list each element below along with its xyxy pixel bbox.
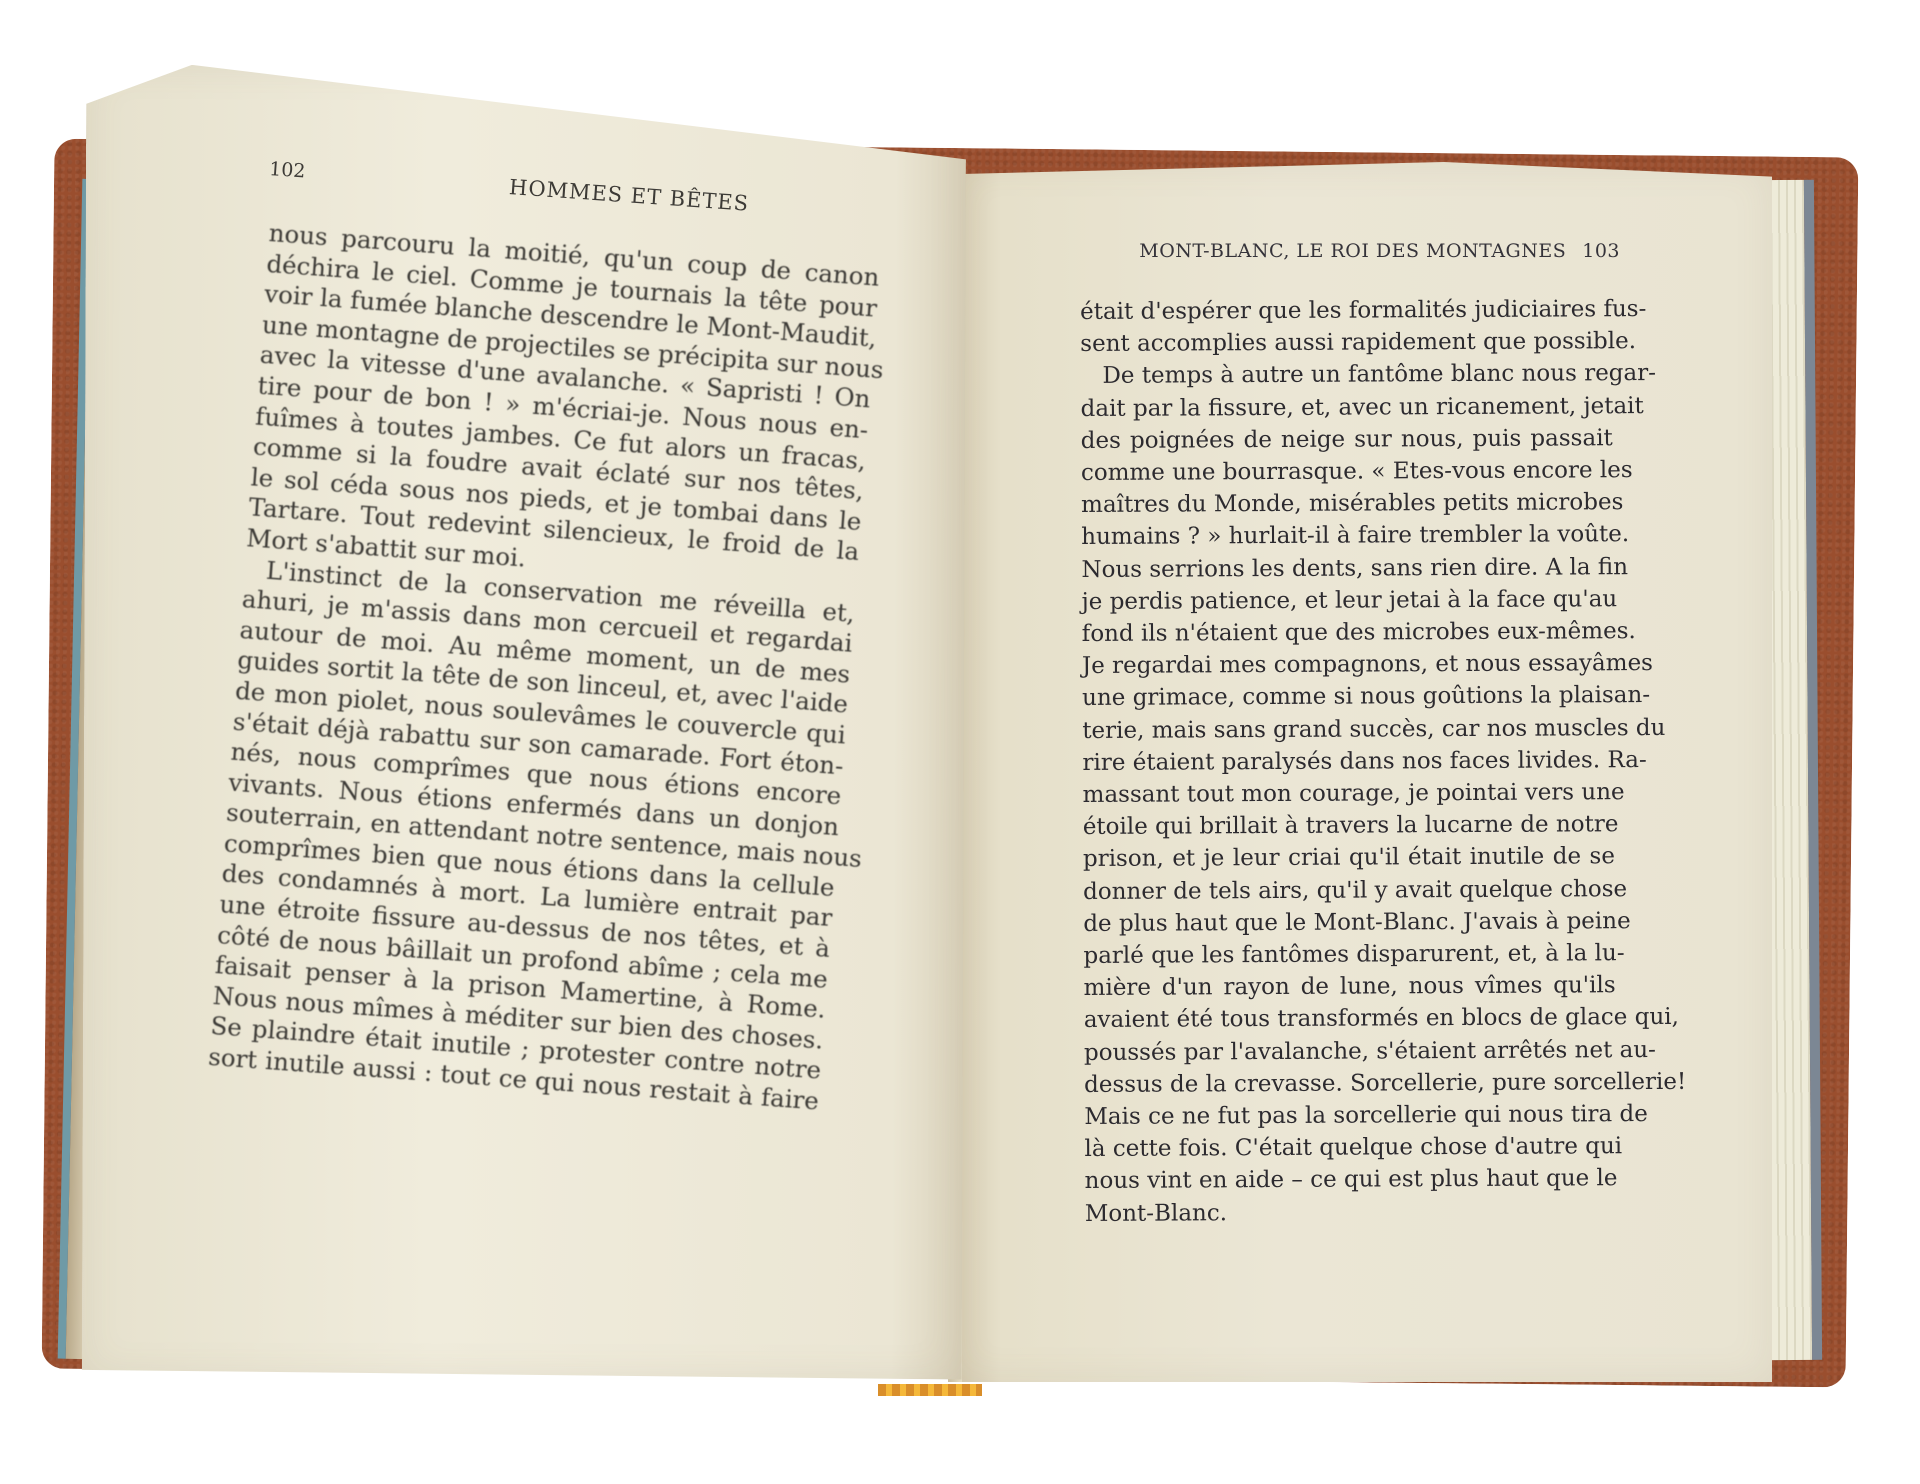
headband (878, 1384, 982, 1396)
text-line: fond ils n'étaient que des microbes eux-… (1082, 615, 1614, 650)
text-line: poussés par l'avalanche, s'étaient arrêt… (1084, 1034, 1616, 1069)
text-line: je perdis patience, et leur jetai à la f… (1082, 583, 1614, 618)
text-line: parlé que les fantômes disparurent, et, … (1083, 937, 1615, 972)
text-line: terie, mais sans grand succès, car nos m… (1082, 712, 1614, 747)
right-page-header: MONT-BLANC, LE ROI DES MONTAGNES103 (1120, 240, 1620, 262)
text-line: une grimace, comme si nous goûtions la p… (1082, 680, 1614, 715)
text-line: Mont-Blanc. (1085, 1195, 1617, 1230)
text-line: mière d'un rayon de lune, nous vîmes qu'… (1084, 969, 1616, 1004)
text-line: De temps à autre un fantôme blanc nous r… (1080, 358, 1612, 393)
text-line: des poignées de neige sur nous, puis pas… (1081, 422, 1613, 457)
text-line: avaient été tous transformés en blocs de… (1084, 1002, 1616, 1037)
text-line: Je regardai mes compagnons, et nous essa… (1082, 647, 1614, 682)
text-line: sent accomplies aussi rapidement que pos… (1080, 325, 1612, 360)
text-line: Mais ce ne fut pas la sorcellerie qui no… (1084, 1098, 1616, 1133)
text-line: était d'espérer que les formalités judic… (1080, 293, 1612, 328)
text-line: nous vint en aide – ce qui est plus haut… (1085, 1163, 1617, 1198)
text-line: Nous serrions les dents, sans rien dire.… (1081, 551, 1613, 586)
text-line: étoile qui brillait à travers la lucarne… (1083, 808, 1615, 843)
text-line: rire étaient paralysés dans nos faces li… (1082, 744, 1614, 779)
text-line: dessus de la crevasse. Sorcellerie, pure… (1084, 1066, 1616, 1101)
right-running-head: MONT-BLANC, LE ROI DES MONTAGNES (1139, 240, 1566, 262)
text-line: humains ? » hurlait-il à faire trembler … (1081, 519, 1613, 554)
text-line: là cette fois. C'était quelque chose d'a… (1084, 1130, 1616, 1165)
left-page-text: nous parcouru la moitié, qu'un coup de c… (207, 218, 880, 1117)
text-line: dait par la fissure, et, avec un ricanem… (1081, 390, 1613, 425)
right-page-text: était d'espérer que les formalités judic… (1080, 293, 1617, 1230)
text-line: comme une bourrasque. « Etes-vous encore… (1081, 454, 1613, 489)
text-line: prison, et je leur criai qu'il était inu… (1083, 841, 1615, 876)
text-line: donner de tels airs, qu'il y avait quelq… (1083, 873, 1615, 908)
right-page-number: 103 (1582, 240, 1620, 262)
text-line: de plus haut que le Mont-Blanc. J'avais … (1083, 905, 1615, 940)
left-page-number: 102 (268, 158, 306, 182)
text-line: maîtres du Monde, misérables petits micr… (1081, 486, 1613, 521)
text-line: massant tout mon courage, je pointai ver… (1083, 776, 1615, 811)
